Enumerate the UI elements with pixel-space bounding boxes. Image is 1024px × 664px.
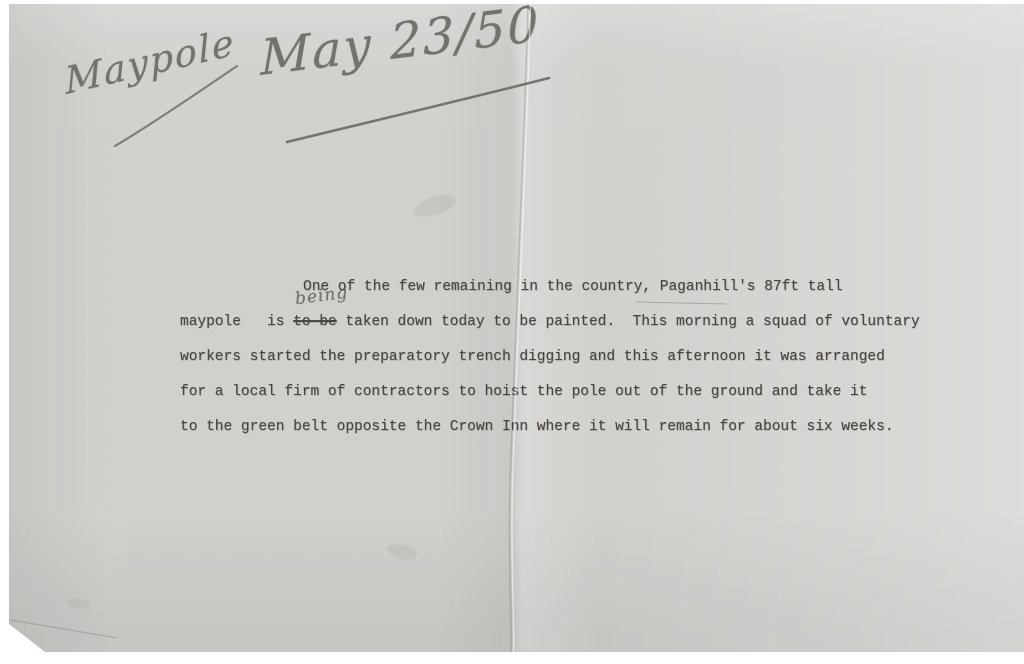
paper-sheet: Maypole May 23/50 being One of the few r… bbox=[9, 4, 1024, 652]
strikethrough-text: to be bbox=[293, 314, 337, 330]
smudge bbox=[66, 597, 91, 611]
handwritten-date: May 23/50 bbox=[260, 0, 541, 87]
typed-line-1: One of the few remaining in the country,… bbox=[180, 270, 940, 305]
date-underline-stroke bbox=[287, 78, 549, 142]
smudge bbox=[386, 542, 418, 563]
typed-paragraph: One of the few remaining in the country,… bbox=[180, 270, 940, 445]
smudge bbox=[411, 191, 458, 222]
scan-background: Maypole May 23/50 being One of the few r… bbox=[0, 0, 1024, 664]
handwritten-subject: Maypole bbox=[63, 20, 237, 103]
typed-line-2: maypole is to be taken down today to be … bbox=[180, 305, 940, 340]
typed-line-2-pre: maypole is bbox=[180, 314, 293, 330]
typed-line-2-post: taken down today to be painted. This mor… bbox=[337, 314, 920, 330]
typed-line-5: to the green belt opposite the Crown Inn… bbox=[180, 410, 940, 445]
corner-crease bbox=[11, 620, 117, 638]
typed-line-4: for a local firm of contractors to hoist… bbox=[180, 375, 940, 410]
typed-line-3: workers started the preparatory trench d… bbox=[180, 340, 940, 375]
